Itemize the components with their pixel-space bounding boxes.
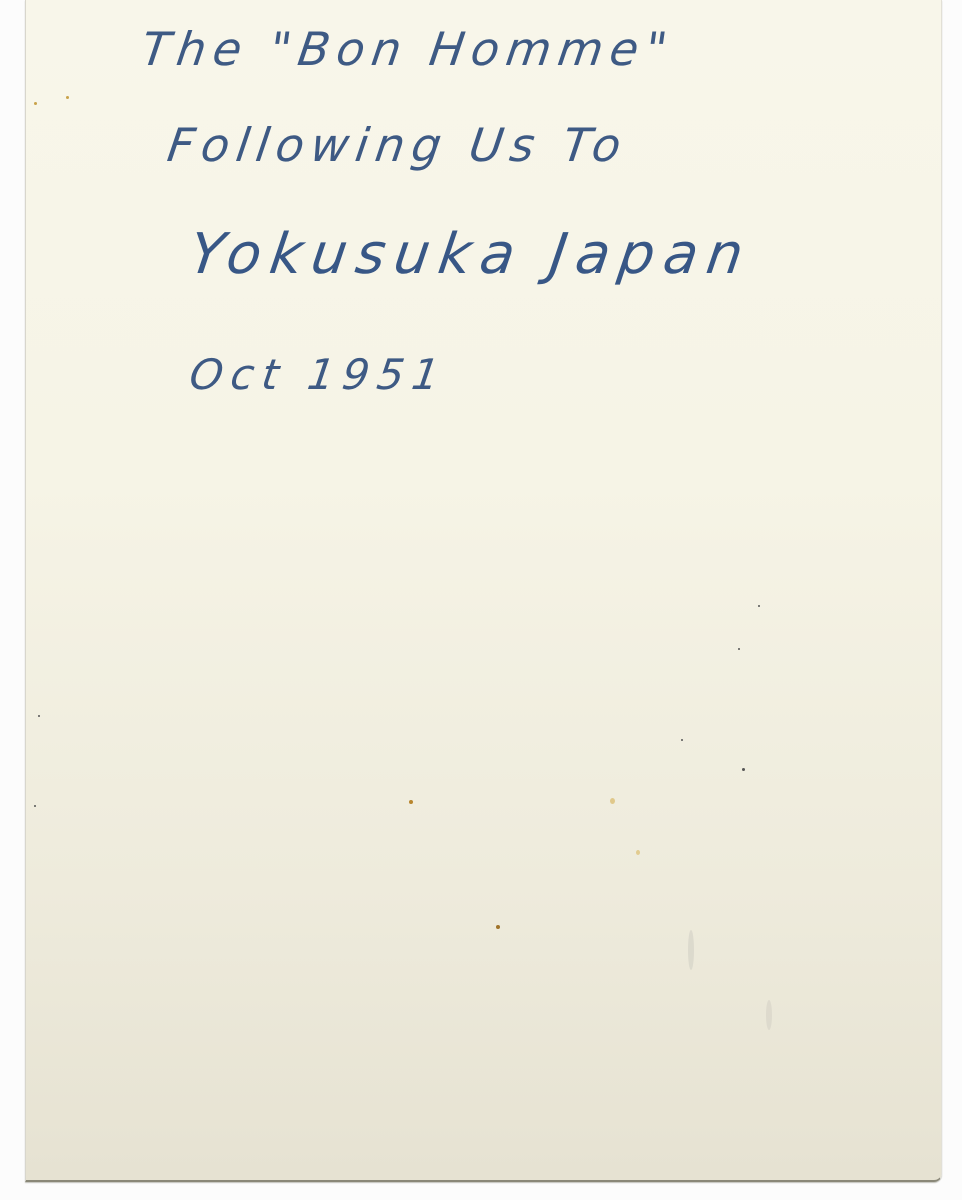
- foxing-speck: [34, 102, 37, 105]
- foxing-speck: [758, 605, 760, 607]
- handwritten-line-3: Yokusuka Japan: [185, 222, 756, 287]
- foxing-speck: [688, 930, 694, 970]
- foxing-speck: [681, 739, 683, 741]
- foxing-speck: [66, 96, 69, 99]
- handwritten-line-1: The "Bon Homme": [138, 22, 677, 76]
- scanned-page: The "Bon Homme" Following Us To Yokusuka…: [0, 0, 962, 1200]
- foxing-speck: [34, 805, 36, 807]
- foxing-speck: [738, 648, 740, 650]
- foxing-speck: [38, 715, 40, 717]
- foxing-speck: [496, 925, 500, 929]
- handwritten-line-2: Following Us To: [164, 118, 631, 172]
- handwritten-line-4-date: Oct 1951: [187, 350, 451, 399]
- foxing-speck: [766, 1000, 772, 1030]
- foxing-speck: [742, 768, 745, 771]
- foxing-speck: [610, 798, 615, 804]
- foxing-speck: [636, 850, 640, 855]
- photo-back-paper: [25, 0, 942, 1182]
- foxing-speck: [409, 800, 413, 804]
